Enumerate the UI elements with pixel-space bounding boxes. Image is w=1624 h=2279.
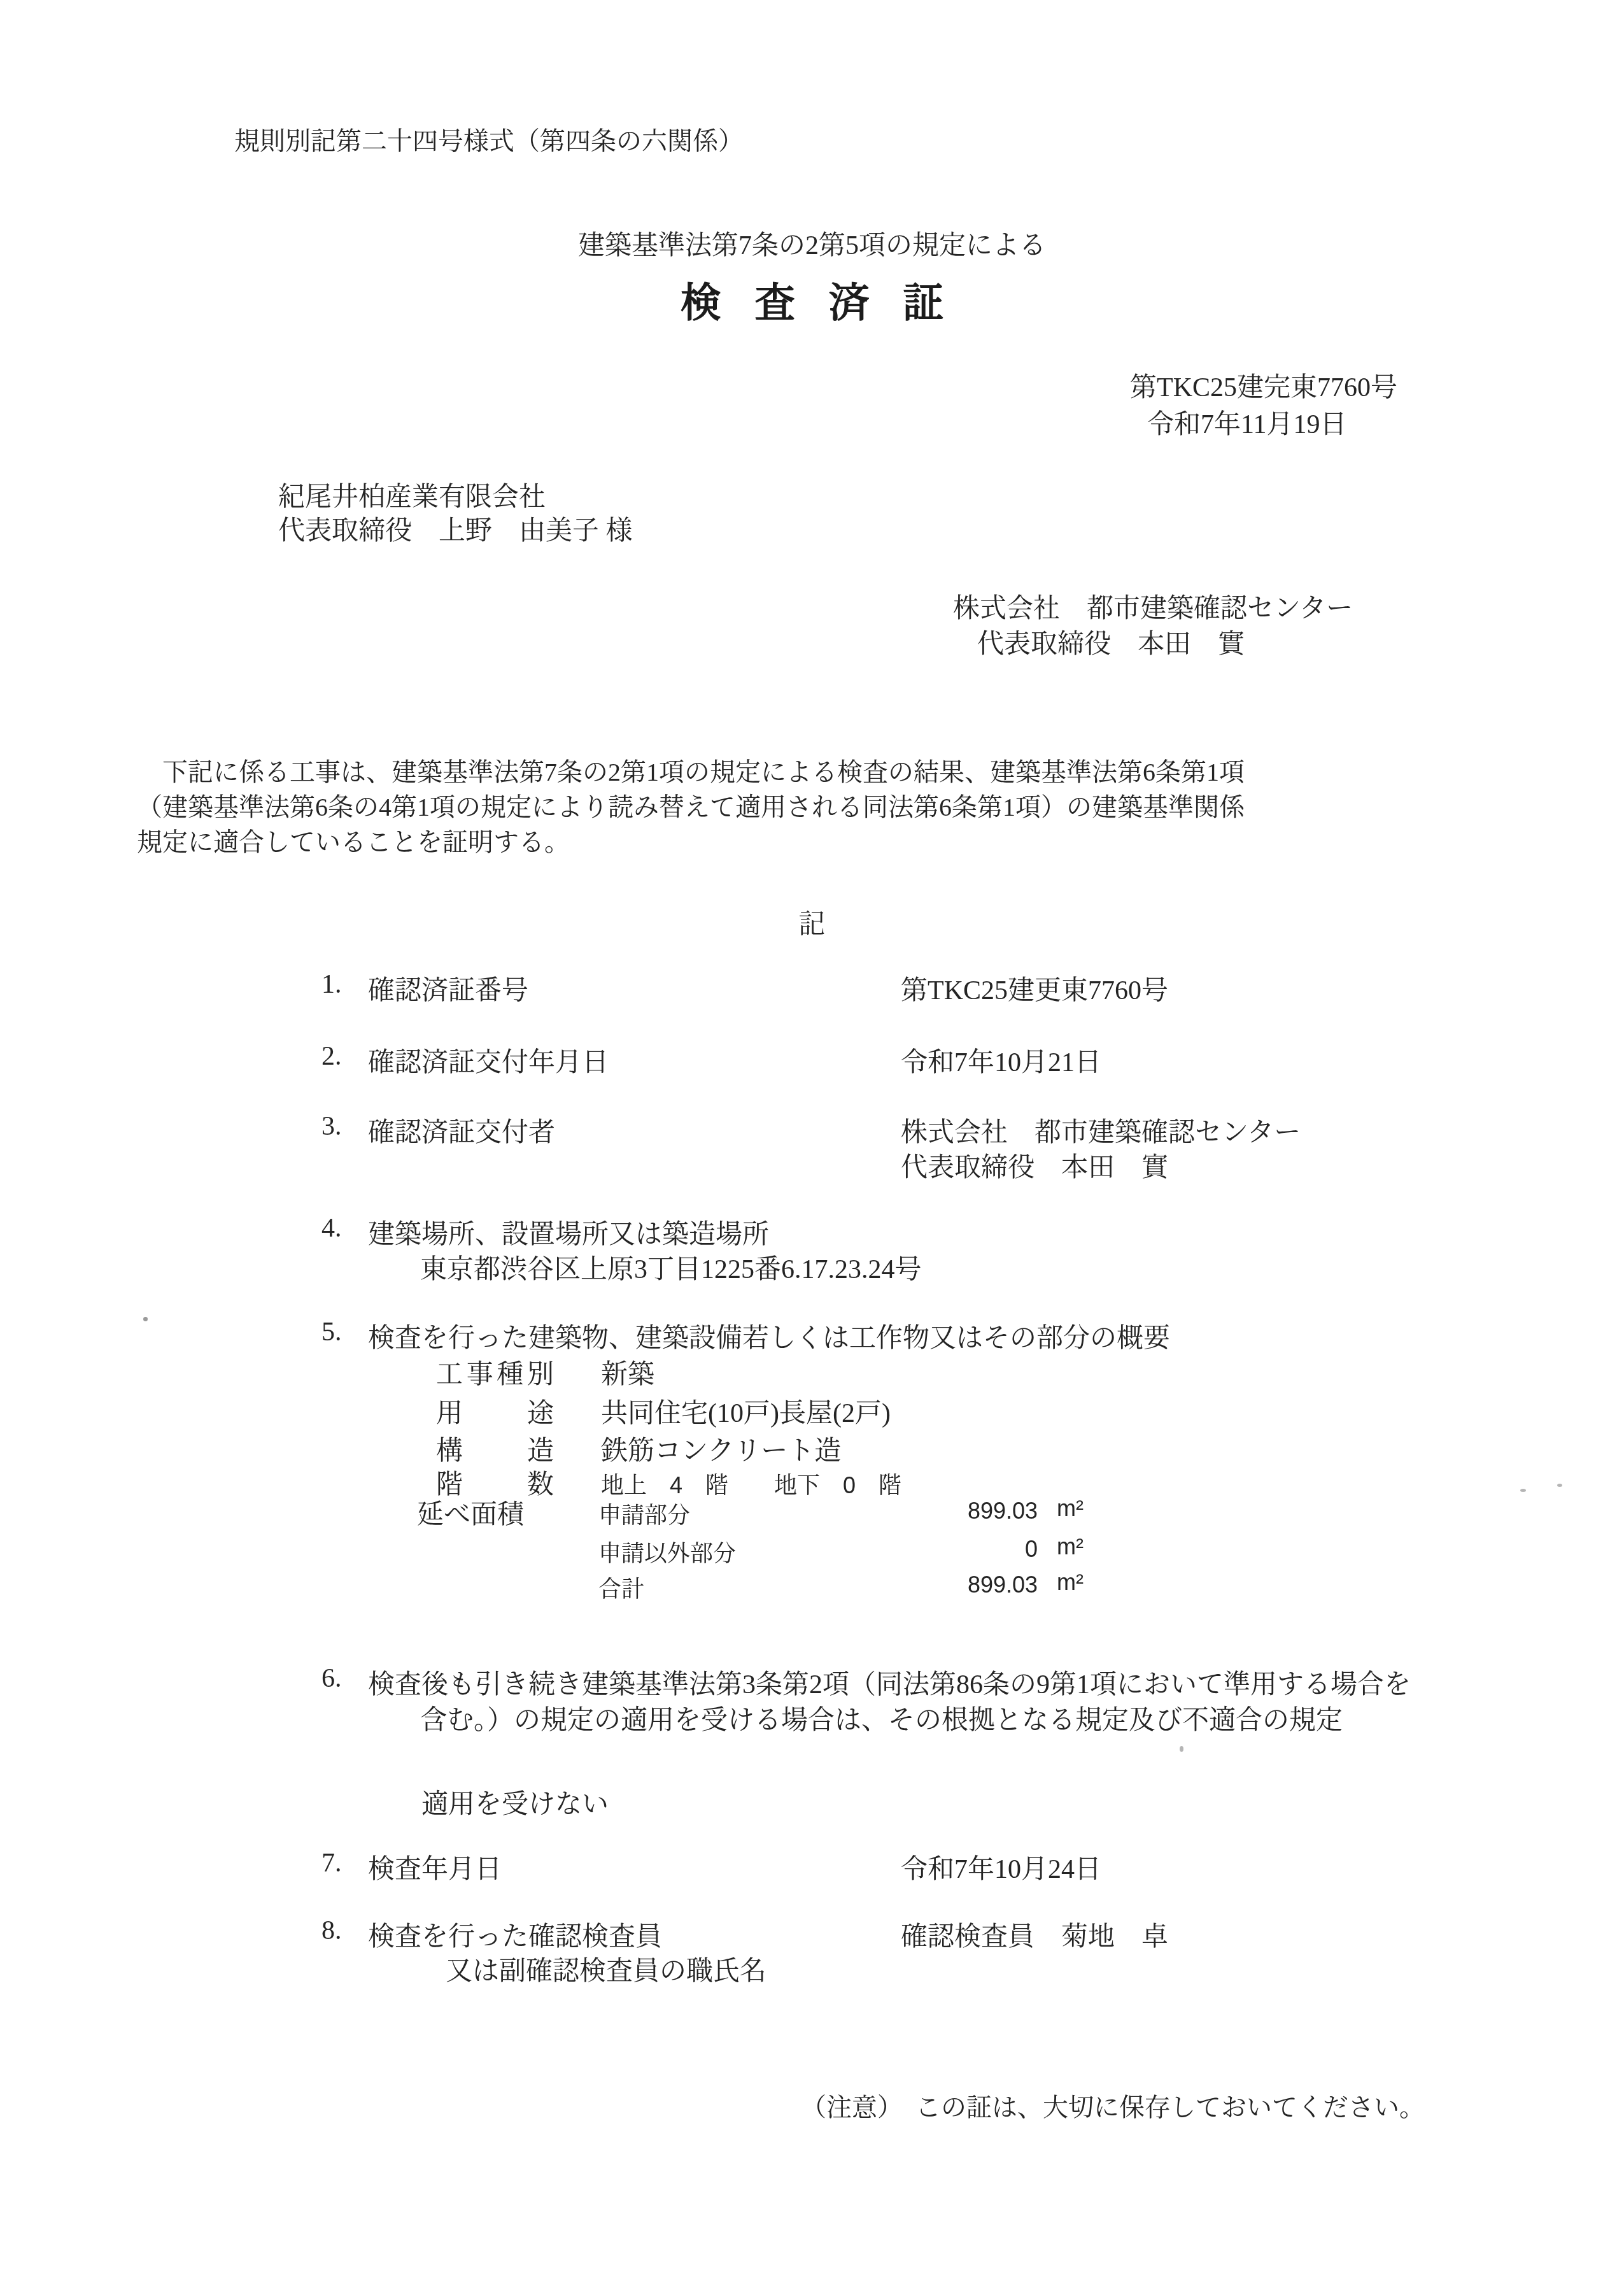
work-type-value: 新築 [601,1360,654,1389]
item-8-label-line2: 又は副確認検査員の職氏名 [446,1950,766,1988]
item-6-number: 6. [321,1663,342,1694]
item-7-value: 令和7年10月24日 [901,1848,1101,1886]
issuer-representative: 代表取締役 本田 實 [977,623,1245,661]
item-6-result: 適用を受けない [421,1783,609,1821]
use-value: 共同住宅(10戸)長屋(2戸) [601,1399,891,1428]
item-1-label: 確認済証番号 [368,969,528,1007]
issuer-company: 株式会社 都市建築確認センター [953,587,1353,625]
area-other-label: 申請以外部分 [598,1536,736,1568]
issue-date: 令和7年11月19日 [1147,403,1346,441]
area-total-unit: m² [1057,1569,1084,1596]
floors-value: 地上 4 階 地下 0 階 [601,1472,901,1498]
item-7-number: 7. [321,1848,342,1878]
inspection-certificate-page: 規則別記第二十四号様式（第四条の六関係） 建築基準法第7条の2第5項の規定による… [0,0,1624,2279]
item-8-label-line1: 検査を行った確認検査員 [368,1915,662,1954]
recipient-representative: 代表取締役 上野 由美子 様 [278,509,633,548]
area-total-label: 合計 [598,1572,644,1604]
item-6-line1: 検査後も引き続き建築基準法第3条第2項（同法第86条の9第1項において準用する場… [368,1663,1411,1701]
form-reference: 規則別記第二十四号様式（第四条の六関係） [234,121,744,157]
scan-artifact [1180,1746,1183,1752]
total-area-label: 延べ面積 [417,1493,524,1531]
item-7-label: 検査年月日 [368,1848,502,1886]
structure-value: 鉄筋コンクリート造 [601,1437,841,1466]
document-number: 第TKC25建完東7760号 [1130,366,1397,404]
recipient-company: 紀尾井柏産業有限会社 [278,476,546,514]
item-2-number: 2. [321,1041,342,1072]
footer-caution-note: （注意） この証は、大切に保存しておいてください。 [801,2087,1425,2124]
scan-artifact [1520,1489,1526,1492]
use-label: 用途 [436,1392,554,1430]
item-3-number: 3. [321,1111,342,1142]
ki-heading: 記 [0,903,1624,941]
item-2-value: 令和7年10月21日 [901,1041,1101,1079]
area-total-value: 899.03 [828,1572,1038,1598]
area-applied-label: 申請部分 [598,1498,690,1530]
area-other-value: 0 [828,1536,1038,1563]
work-type-row: 工事種別 新築 [436,1353,654,1391]
area-other-unit: m² [1057,1533,1084,1560]
item-4-address: 東京都渋谷区上原3丁目1225番6.17.23.24号 [420,1248,922,1286]
body-paragraph-line1: 下記に係る工事は、建築基準法第7条の2第1項の規定による検査の結果、建築基準法第… [137,755,1245,790]
item-2-label: 確認済証交付年月日 [368,1041,609,1079]
item-5-number: 5. [321,1317,342,1347]
item-1-value: 第TKC25建更東7760号 [901,969,1168,1007]
body-paragraph-line3: 規定に適合していることを証明する。 [137,825,570,860]
item-5-label: 検査を行った建築物、建築設備若しくは工作物又はその部分の概要 [368,1317,1170,1355]
item-1-number: 1. [321,969,342,1000]
item-6-line2: 含む。）の規定の適用を受ける場合は、その根拠となる規定及び不適合の規定 [420,1699,1343,1737]
item-4-label: 建築場所、設置場所又は築造場所 [368,1213,769,1251]
area-applied-unit: m² [1057,1495,1084,1522]
law-basis-line: 建築基準法第7条の2第5項の規定による [0,224,1624,262]
item-8-value: 確認検査員 菊地 卓 [901,1915,1168,1954]
scan-artifact [1557,1484,1562,1487]
body-paragraph-line2: （建築基準法第6条の4第1項の規定により読み替えて適用される同法第6条第1項）の… [137,790,1245,825]
item-4-number: 4. [321,1213,342,1244]
item-3-label: 確認済証交付者 [368,1111,555,1149]
item-3-value-representative: 代表取締役 本田 實 [901,1146,1168,1184]
scan-artifact [143,1317,148,1321]
work-type-label: 工事種別 [436,1353,554,1391]
item-8-number: 8. [321,1915,342,1946]
item-3-value-company: 株式会社 都市建築確認センター [901,1111,1301,1149]
area-applied-value: 899.03 [828,1498,1038,1524]
structure-label: 構造 [436,1430,554,1468]
use-row: 用途 共同住宅(10戸)長屋(2戸) [436,1392,891,1430]
document-title: 検査済証 [0,270,1624,329]
structure-row: 構造 鉄筋コンクリート造 [436,1430,841,1468]
